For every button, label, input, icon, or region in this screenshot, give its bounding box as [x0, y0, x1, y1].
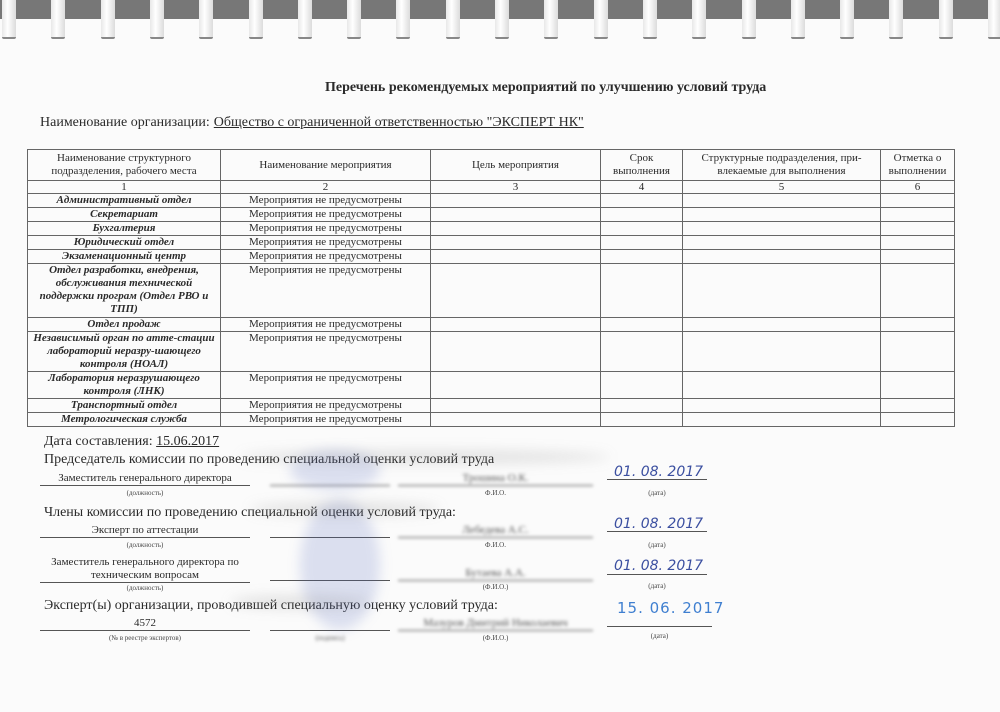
date-compiled-value: 15.06.2017 — [156, 434, 219, 449]
completion-mark-cell — [881, 264, 955, 318]
table-row: СекретариатМероприятия не предусмотрены — [28, 208, 955, 222]
table-row: Экзаменационный центрМероприятия не пред… — [28, 250, 955, 264]
expert-registry-number: 4572 — [40, 616, 250, 631]
comb-tooth — [396, 0, 410, 39]
member-2-date-line — [607, 574, 707, 575]
comb-tooth — [495, 0, 509, 39]
completion-mark-cell — [881, 372, 955, 399]
table-row: Лаборатория неразрушающего контроля (ЛНК… — [28, 372, 955, 399]
department-cell: Бухгалтерия — [28, 222, 221, 236]
deadline-cell — [601, 413, 683, 427]
header-deadline: Срок выполнения — [601, 150, 683, 181]
redacted-text-band — [230, 595, 370, 609]
table-row: БухгалтерияМероприятия не предусмотрены — [28, 222, 955, 236]
department-cell: Транспортный отдел — [28, 399, 221, 413]
measure-cell: Мероприятия не предусмотрены — [221, 222, 431, 236]
measure-cell: Мероприятия не предусмотрены — [221, 332, 431, 372]
involved-units-cell — [683, 208, 881, 222]
measure-cell: Мероприятия не предусмотрены — [221, 264, 431, 318]
department-cell: Лаборатория неразрушающего контроля (ЛНК… — [28, 372, 221, 399]
completion-mark-cell — [881, 236, 955, 250]
comb-tooth — [150, 0, 164, 39]
deadline-cell — [601, 264, 683, 318]
completion-mark-cell — [881, 318, 955, 332]
measure-cell: Мероприятия не предусмотрены — [221, 372, 431, 399]
comb-tooth — [446, 0, 460, 39]
comb-tooth — [249, 0, 263, 39]
completion-mark-cell — [881, 250, 955, 264]
goal-cell — [431, 413, 601, 427]
table-row: Административный отделМероприятия не пре… — [28, 194, 955, 208]
comb-tooth — [199, 0, 213, 39]
comb-tooth — [988, 0, 1000, 39]
involved-units-cell — [683, 264, 881, 318]
member-2-name: Бутаева А.А. — [398, 566, 593, 581]
chairman-position: Заместитель генерального директора — [40, 471, 250, 486]
measures-table: Наименование структурного подразделения,… — [27, 149, 955, 427]
expert-date-caption: (дата) — [607, 632, 712, 640]
comb-tooth — [889, 0, 903, 39]
date-compiled: Дата составления: 15.06.2017 — [44, 434, 219, 450]
table-row: Транспортный отделМероприятия не предусм… — [28, 399, 955, 413]
department-cell: Отдел продаж — [28, 318, 221, 332]
deadline-cell — [601, 250, 683, 264]
member-1-date: 01. 08. 2017 — [614, 516, 703, 532]
involved-units-cell — [683, 222, 881, 236]
comb-tooth — [2, 0, 16, 39]
goal-cell — [431, 194, 601, 208]
chairman-date: 01. 08. 2017 — [614, 464, 703, 480]
header-department: Наименование структурного подразделения,… — [28, 150, 221, 181]
measure-cell: Мероприятия не предусмотрены — [221, 236, 431, 250]
binding-comb — [0, 0, 1000, 38]
header-involved-units: Структурные подразделения, при-влекаемые… — [683, 150, 881, 181]
comb-tooth — [51, 0, 65, 39]
column-number: 2 — [221, 181, 431, 194]
member-1-position: Эксперт по аттестации — [40, 523, 250, 538]
department-cell: Независимый орган по атте-стации лаборат… — [28, 332, 221, 372]
department-cell: Административный отдел — [28, 194, 221, 208]
table-row: Отдел разработки, внедрения, обслуживани… — [28, 264, 955, 318]
column-number: 1 — [28, 181, 221, 194]
member-1-date-caption: (дата) — [607, 541, 707, 549]
date-compiled-label: Дата составления: — [44, 434, 153, 449]
organization-name: Общество с ограниченной ответственностью… — [210, 115, 584, 130]
column-number: 3 — [431, 181, 601, 194]
completion-mark-cell — [881, 208, 955, 222]
deadline-cell — [601, 399, 683, 413]
completion-mark-cell — [881, 413, 955, 427]
comb-tooth — [742, 0, 756, 39]
expert-signature-caption: (подпись) — [270, 634, 390, 642]
deadline-cell — [601, 318, 683, 332]
column-number: 4 — [601, 181, 683, 194]
goal-cell — [431, 372, 601, 399]
expert-name-caption: (Ф.И.О.) — [398, 634, 593, 642]
member-1-position-caption: (должность) — [40, 541, 250, 549]
column-number: 5 — [683, 181, 881, 194]
redacted-text-band — [240, 450, 610, 464]
comb-tooth — [101, 0, 115, 39]
involved-units-cell — [683, 236, 881, 250]
involved-units-cell — [683, 399, 881, 413]
deadline-cell — [601, 208, 683, 222]
involved-units-cell — [683, 372, 881, 399]
measure-cell: Мероприятия не предусмотрены — [221, 194, 431, 208]
goal-cell — [431, 222, 601, 236]
comb-tooth — [939, 0, 953, 39]
goal-cell — [431, 208, 601, 222]
department-cell: Экзаменационный центр — [28, 250, 221, 264]
comb-tooth — [643, 0, 657, 39]
deadline-cell — [601, 222, 683, 236]
table-row: Метрологическая службаМероприятия не пре… — [28, 413, 955, 427]
members-signatures — [300, 500, 380, 630]
expert-registry-caption: (№ в реестре экспертов) — [40, 634, 250, 642]
member-2-date-caption: (дата) — [607, 582, 707, 590]
member-2-position-caption: (должность) — [40, 584, 250, 592]
header-goal: Цель мероприятия — [431, 150, 601, 181]
deadline-cell — [601, 236, 683, 250]
document-title-text: Перечень рекомендуемых мероприятий по ул… — [325, 80, 885, 96]
involved-units-cell — [683, 318, 881, 332]
goal-cell — [431, 264, 601, 318]
table-row: Отдел продажМероприятия не предусмотрены — [28, 318, 955, 332]
involved-units-cell — [683, 194, 881, 208]
chairman-name: Трошина О.К. — [398, 471, 593, 486]
comb-tooth — [298, 0, 312, 39]
measure-cell: Мероприятия не предусмотрены — [221, 318, 431, 332]
department-cell: Секретариат — [28, 208, 221, 222]
chairman-date-caption: (дата) — [607, 489, 707, 497]
member-2-date: 01. 08. 2017 — [614, 558, 703, 574]
redacted-text-band — [250, 502, 440, 516]
table-row: Независимый орган по атте-стации лаборат… — [28, 332, 955, 372]
goal-cell — [431, 250, 601, 264]
member-1-name-caption: Ф.И.О. — [398, 541, 593, 549]
expert-date-line — [607, 626, 712, 627]
goal-cell — [431, 236, 601, 250]
comb-tooth — [840, 0, 854, 39]
goal-cell — [431, 399, 601, 413]
completion-mark-cell — [881, 222, 955, 236]
organization-label: Наименование организации: — [40, 115, 210, 130]
measure-cell: Мероприятия не предусмотрены — [221, 250, 431, 264]
member-2-name-caption: (Ф.И.О.) — [398, 583, 593, 591]
deadline-cell — [601, 194, 683, 208]
organization-line: Наименование организации:Общество с огра… — [40, 115, 584, 131]
comb-tooth — [544, 0, 558, 39]
expert-date: 15. 06. 2017 — [617, 599, 724, 617]
goal-cell — [431, 332, 601, 372]
involved-units-cell — [683, 332, 881, 372]
involved-units-cell — [683, 250, 881, 264]
department-cell: Юридический отдел — [28, 236, 221, 250]
column-number: 6 — [881, 181, 955, 194]
deadline-cell — [601, 332, 683, 372]
comb-tooth — [791, 0, 805, 39]
measure-cell: Мероприятия не предусмотрены — [221, 208, 431, 222]
goal-cell — [431, 318, 601, 332]
member-2-position: Заместитель генерального директора по те… — [40, 556, 250, 583]
deadline-cell — [601, 372, 683, 399]
completion-mark-cell — [881, 332, 955, 372]
completion-mark-cell — [881, 194, 955, 208]
member-1-name: Лебедева А.С. — [398, 523, 593, 538]
completion-mark-cell — [881, 399, 955, 413]
measure-cell: Мероприятия не предусмотрены — [221, 413, 431, 427]
table-row: Юридический отделМероприятия не предусмо… — [28, 236, 955, 250]
header-measure: Наименование мероприятия — [221, 150, 431, 181]
comb-tooth — [594, 0, 608, 39]
department-cell: Отдел разработки, внедрения, обслуживани… — [28, 264, 221, 318]
comb-tooth — [692, 0, 706, 39]
chairman-name-caption: Ф.И.О. — [398, 489, 593, 497]
involved-units-cell — [683, 413, 881, 427]
comb-tooth — [347, 0, 361, 39]
measure-cell: Мероприятия не предусмотрены — [221, 399, 431, 413]
document-title: Перечень рекомендуемых мероприятий по ул… — [0, 80, 1000, 96]
chairman-position-caption: (должность) — [40, 489, 250, 497]
department-cell: Метрологическая служба — [28, 413, 221, 427]
header-completion-mark: Отметка о выполнении — [881, 150, 955, 181]
expert-name: Мазуров Дмитрий Николаевич — [398, 616, 593, 631]
